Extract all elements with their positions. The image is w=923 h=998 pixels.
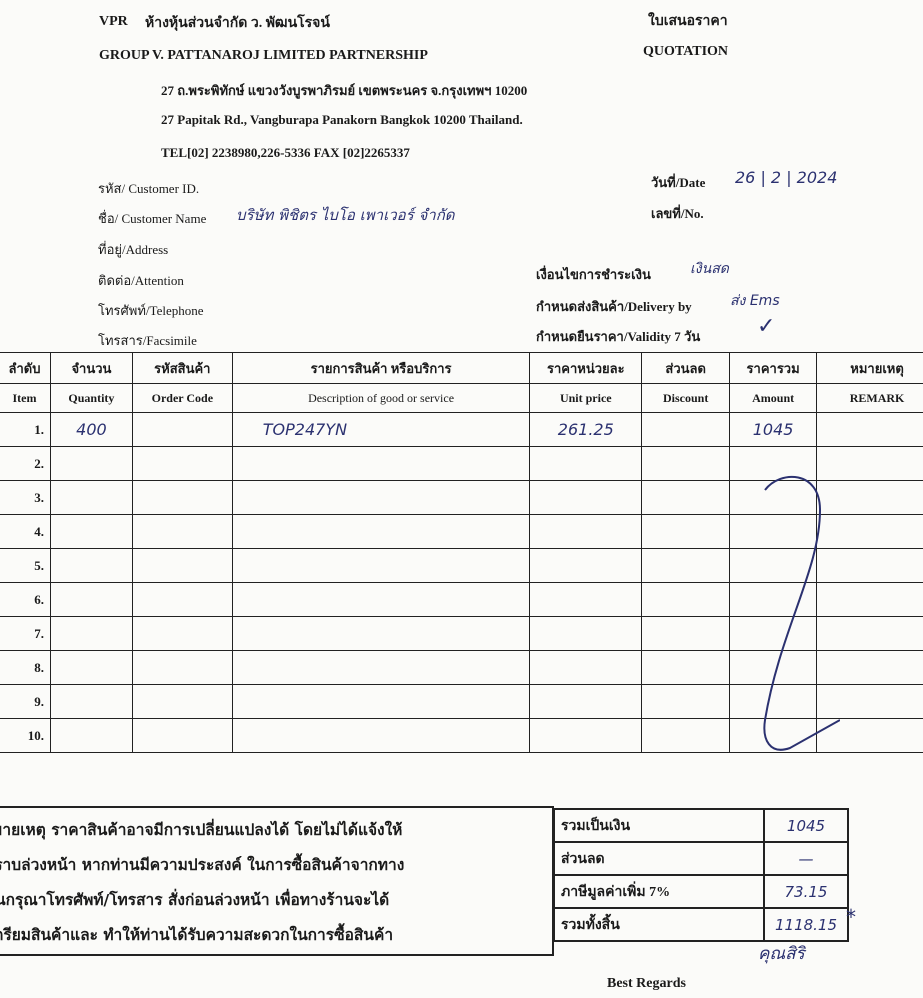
date-label: วันที่/Date [651, 172, 705, 193]
company-name-en: GROUP V. PATTANAROJ LIMITED PARTNERSHIP [99, 48, 428, 64]
customer-address-label: ที่อยู่/Address [98, 239, 168, 260]
cell-disc [642, 651, 730, 685]
company-code: VPR [99, 14, 128, 30]
customer-attention-label: ติดต่อ/Attention [98, 270, 184, 291]
cell-qty: 400 [50, 413, 132, 447]
cell-qty [50, 481, 132, 515]
cell-code [132, 617, 232, 651]
note: หมายเหตุ ราคาสินค้าอาจมีการเปลี่ยนแปลงได… [0, 812, 545, 953]
cell-code [132, 481, 232, 515]
cell-desc [232, 481, 530, 515]
cell-qty [50, 719, 132, 753]
th-amount-en: Amount [730, 384, 817, 413]
date-value: 26 | 2 | 2024 [735, 168, 837, 187]
doc-title-th: ใบเสนอราคา [648, 10, 728, 32]
customer-fax-label: โทรสาร/Facsimile [98, 330, 197, 351]
cell-disc [642, 583, 730, 617]
grand-total-value: 1118.15 [764, 908, 848, 941]
cell-code [132, 583, 232, 617]
cell-remark [817, 413, 923, 447]
cell-desc [232, 719, 530, 753]
cell-unit [530, 549, 642, 583]
customer-name-label: ชื่อ/ Customer Name [98, 208, 206, 229]
cell-item: 10. [0, 719, 50, 753]
cell-qty [50, 515, 132, 549]
cell-desc [232, 515, 530, 549]
totals-row: ภาษีมูลค่าเพิ่ม 7%73.15 [554, 875, 848, 908]
discount-value: — [764, 842, 848, 875]
cell-item: 3. [0, 481, 50, 515]
th-qty: จำนวน [50, 353, 132, 384]
cell-desc [232, 651, 530, 685]
cell-desc [232, 617, 530, 651]
cell-code [132, 651, 232, 685]
th-remark: หมายเหตุ [817, 353, 923, 384]
total-star-mark: * [846, 905, 856, 929]
totals-row: รวมเป็นเงิน1045 [554, 809, 848, 842]
totals-row: รวมทั้งสิ้น1118.15 [554, 908, 848, 941]
cell-qty [50, 447, 132, 481]
th-amount: ราคารวม [730, 353, 817, 384]
cell-disc [642, 549, 730, 583]
validity-check-icon: ✓ [757, 314, 775, 339]
customer-telephone-label: โทรศัพท์/Telephone [98, 300, 204, 321]
th-item-en: Item [0, 384, 50, 413]
th-desc-en: Description of good or service [232, 384, 530, 413]
totals-table: รวมเป็นเงิน1045 ส่วนลด— ภาษีมูลค่าเพิ่ม … [553, 808, 849, 942]
cell-unit [530, 651, 642, 685]
cell-unit [530, 685, 642, 719]
th-unit-en: Unit price [530, 384, 642, 413]
strike-through-mark [760, 470, 840, 770]
cell-desc [232, 447, 530, 481]
cell-code [132, 447, 232, 481]
discount-label: ส่วนลด [554, 842, 764, 875]
cell-unit [530, 481, 642, 515]
th-desc: รายการสินค้า หรือบริการ [232, 353, 530, 384]
th-remark-en: REMARK [817, 384, 923, 413]
cell-disc [642, 719, 730, 753]
cell-code [132, 549, 232, 583]
cell-disc [642, 481, 730, 515]
th-item: ลำดับ [0, 353, 50, 384]
cell-disc [642, 617, 730, 651]
cell-item: 7. [0, 617, 50, 651]
th-unit: ราคาหน่วยละ [530, 353, 642, 384]
th-disc: ส่วนลด [642, 353, 730, 384]
doc-title-en: QUOTATION [643, 44, 728, 60]
cell-qty [50, 617, 132, 651]
cell-disc [642, 515, 730, 549]
note-line: ทราบล่วงหน้า หากท่านมีความประสงค์ ในการซ… [0, 848, 545, 883]
cell-amount: 1045 [730, 413, 817, 447]
cell-disc [642, 685, 730, 719]
cell-qty [50, 685, 132, 719]
note-line: เตรียมสินค้าและ ทำให้ท่านได้รับความสะดวก… [0, 918, 545, 953]
delivery-value: ส่ง Ems [730, 290, 780, 312]
cell-desc [232, 685, 530, 719]
cell-unit [530, 515, 642, 549]
vat-label: ภาษีมูลค่าเพิ่ม 7% [554, 875, 764, 908]
no-label: เลขที่/No. [651, 203, 704, 224]
table-header-en: Item Quantity Order Code Description of … [0, 384, 923, 413]
cell-item: 1. [0, 413, 50, 447]
subtotal-value: 1045 [764, 809, 848, 842]
th-disc-en: Discount [642, 384, 730, 413]
cell-item: 6. [0, 583, 50, 617]
company-contact: TEL[02] 2238980,226-5336 FAX [02]2265337 [161, 145, 410, 161]
delivery-label: กำหนดส่งสินค้า/Delivery by [536, 296, 692, 317]
company-name-th: ห้างหุ้นส่วนจำกัด ว. พัฒนโรจน์ [145, 12, 330, 34]
cell-desc: TOP247YN [232, 413, 530, 447]
cell-qty [50, 651, 132, 685]
totals-row: ส่วนลด— [554, 842, 848, 875]
cell-desc [232, 583, 530, 617]
customer-name-value: บริษัท พิชิตร ไบโอ เพาเวอร์ จำกัด [236, 203, 455, 227]
cell-unit [530, 583, 642, 617]
th-code: รหัสสินค้า [132, 353, 232, 384]
signature: คุณสิริ [758, 940, 805, 967]
th-code-en: Order Code [132, 384, 232, 413]
cell-unit: 261.25 [530, 413, 642, 447]
cell-disc [642, 413, 730, 447]
customer-id-label: รหัส/ Customer ID. [98, 178, 199, 199]
cell-qty [50, 583, 132, 617]
table-row: 1.400TOP247YN261.251045 [0, 413, 923, 447]
vat-value: 73.15 [764, 875, 848, 908]
cell-code [132, 719, 232, 753]
cell-unit [530, 617, 642, 651]
cell-item: 8. [0, 651, 50, 685]
cell-desc [232, 549, 530, 583]
note-line: หมายเหตุ ราคาสินค้าอาจมีการเปลี่ยนแปลงได… [0, 813, 545, 848]
payment-terms-label: เงื่อนไขการชำระเงิน [536, 264, 651, 285]
note-line: ร้านกรุณาโทรศัพท์/โทรสาร สั่งก่อนล่วงหน้… [0, 883, 545, 918]
th-qty-en: Quantity [50, 384, 132, 413]
cell-item: 4. [0, 515, 50, 549]
table-header-th: ลำดับ จำนวน รหัสสินค้า รายการสินค้า หรือ… [0, 353, 923, 384]
cell-code [132, 515, 232, 549]
cell-disc [642, 447, 730, 481]
subtotal-label: รวมเป็นเงิน [554, 809, 764, 842]
validity-label: กำหนดยืนราคา/Validity 7 วัน [536, 326, 700, 347]
cell-code [132, 685, 232, 719]
cell-qty [50, 549, 132, 583]
company-address-th: 27 ถ.พระพิทักษ์ แขวงวังบูรพาภิรมย์ เขตพร… [161, 80, 527, 101]
cell-item: 2. [0, 447, 50, 481]
closing: Best Regards [607, 976, 686, 992]
cell-item: 5. [0, 549, 50, 583]
cell-code [132, 413, 232, 447]
cell-unit [530, 447, 642, 481]
cell-item: 9. [0, 685, 50, 719]
company-address-en: 27 Papitak Rd., Vangburapa Panakorn Bang… [161, 112, 523, 128]
grand-total-label: รวมทั้งสิ้น [554, 908, 764, 941]
payment-terms-value: เงินสด [690, 258, 729, 280]
cell-unit [530, 719, 642, 753]
